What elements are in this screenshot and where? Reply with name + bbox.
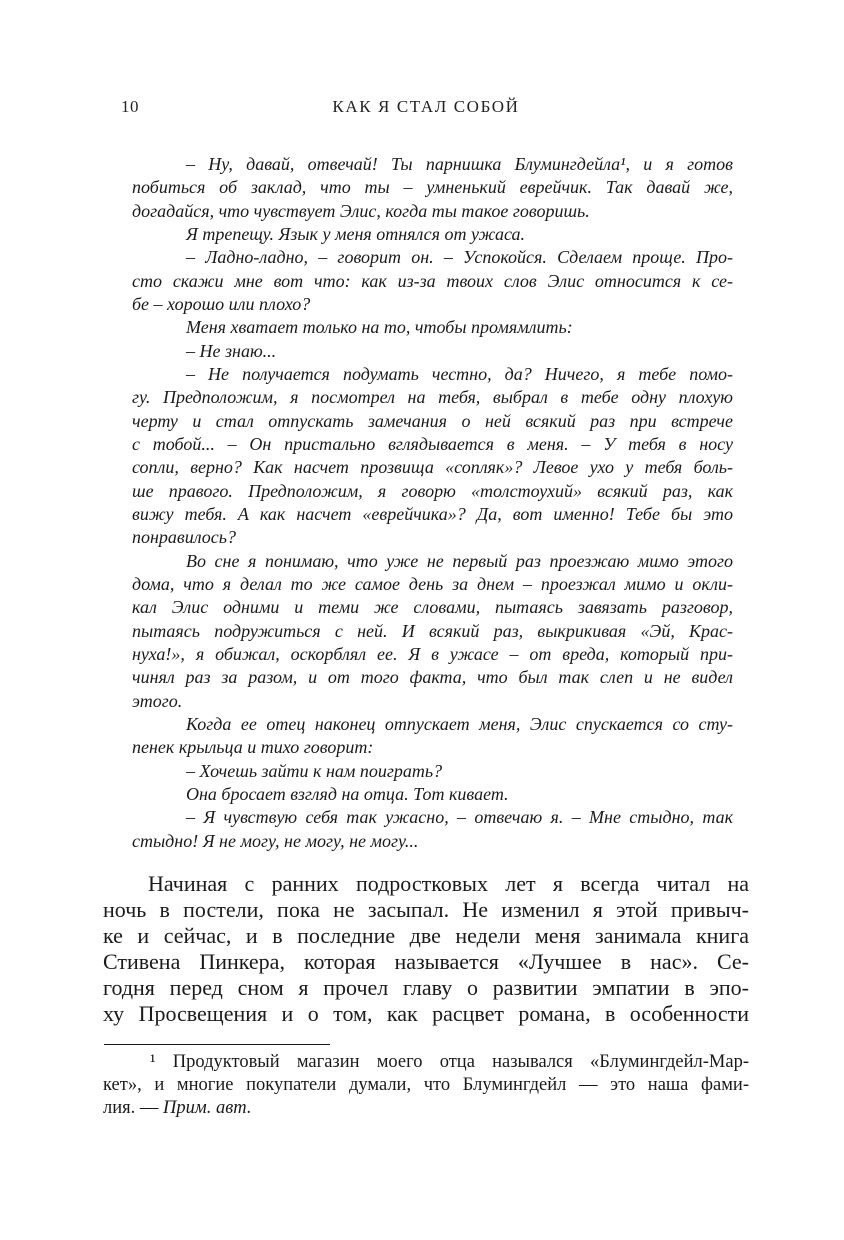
text-line: дома, что я делал то же самое день за дн…	[132, 573, 733, 596]
paragraph: – Ну, давай, отвечай! Ты парнишка Блумин…	[132, 153, 733, 223]
paragraph: Во сне я понимаю, что уже не первый раз …	[132, 550, 733, 713]
paragraph: Я трепещу. Язык у меня отнялся от ужаса.	[132, 223, 733, 246]
dream-italic-passage: – Ну, давай, отвечай! Ты парнишка Блумин…	[132, 153, 733, 853]
text-line: Стивена Пинкера, которая называется «Луч…	[103, 949, 749, 975]
text-line: – Ладно-ладно, – говорит он. – Успокойся…	[132, 246, 733, 269]
text-line: Она бросает взгляд на отца. Тот кивает.	[132, 783, 733, 806]
text-line: черту и стал отпускать замечания о ней в…	[132, 410, 733, 433]
paragraph: – Хочешь зайти к нам поиграть?	[132, 760, 733, 783]
text-line: этого.	[132, 690, 733, 713]
paragraph: – Не знаю...	[132, 340, 733, 363]
paragraph: Меня хватает только на то, чтобы промямл…	[132, 316, 733, 339]
text-line: пенек крыльца и тихо говорит:	[132, 736, 733, 759]
text-line: сто скажи мне вот что: как из-за твоих с…	[132, 270, 733, 293]
footnote-block: ¹ Продуктовый магазин моего отца называл…	[103, 1051, 749, 1120]
footnote-last-line: лия. — Прим. авт.	[103, 1097, 749, 1120]
text-line: ху Просвещения и о том, как расцвет рома…	[103, 1001, 749, 1027]
text-line: Начиная с ранних подростковых лет я всег…	[103, 871, 749, 897]
text-line: ¹ Продуктовый магазин моего отца называл…	[103, 1051, 749, 1074]
running-title: КАК Я СТАЛ СОБОЙ	[332, 97, 519, 116]
text-line: Когда ее отец наконец отпускает меня, Эл…	[132, 713, 733, 736]
paragraph: Она бросает взгляд на отца. Тот кивает.	[132, 783, 733, 806]
text-line: годня перед сном я прочел главу о развит…	[103, 975, 749, 1001]
text-line: нуха!», я обижал, оскорблял ее. Я в ужас…	[132, 643, 733, 666]
text-line: побиться об заклад, что ты – умненький е…	[132, 176, 733, 199]
text-line: понравилось?	[132, 526, 733, 549]
footnote-lines: ¹ Продуктовый магазин моего отца называл…	[103, 1051, 749, 1097]
footnote-divider	[104, 1044, 330, 1045]
text-line: Во сне я понимаю, что уже не первый раз …	[132, 550, 733, 573]
text-line: сопли, верно? Как насчет прозвища «сопля…	[132, 456, 733, 479]
text-line: – Хочешь зайти к нам поиграть?	[132, 760, 733, 783]
text-line: ше правого. Предположим, я говорю «толст…	[132, 480, 733, 503]
text-line: ночь в постели, пока не засыпал. Не изме…	[103, 897, 749, 923]
paragraph: – Я чувствую себя так ужасно, – отвечаю …	[132, 806, 733, 853]
text-line: догадайся, что чувствует Элис, когда ты …	[132, 200, 733, 223]
text-line: ке и сейчас, и в последние две недели ме…	[103, 923, 749, 949]
text-line: стыдно! Я не могу, не могу, не могу...	[132, 830, 733, 853]
text-line: с тобой... – Он пристально вглядывается …	[132, 433, 733, 456]
text-line: Я трепещу. Язык у меня отнялся от ужаса.	[132, 223, 733, 246]
text-line: кет», и многие покупатели думали, что Бл…	[103, 1074, 749, 1097]
text-line: бе – хорошо или плохо?	[132, 293, 733, 316]
text-line: – Я чувствую себя так ужасно, – отвечаю …	[132, 806, 733, 829]
text-line: вижу тебя. А как насчет «еврейчика»? Да,…	[132, 503, 733, 526]
paragraph: – Ладно-ладно, – говорит он. – Успокойся…	[132, 246, 733, 316]
text-line: чинял раз за разом, и от того факта, что…	[132, 666, 733, 689]
text-line: – Не получается подумать честно, да? Нич…	[132, 363, 733, 386]
main-text-block: Начиная с ранних подростковых лет я всег…	[103, 871, 749, 1027]
footnote-text: лия. —	[103, 1098, 163, 1118]
paragraph: Когда ее отец наконец отпускает меня, Эл…	[132, 713, 733, 760]
page-number: 10	[121, 97, 139, 117]
text-line: Меня хватает только на то, чтобы промямл…	[132, 316, 733, 339]
book-page: 10 КАК Я СТАЛ СОБОЙ – Ну, давай, отвечай…	[0, 0, 844, 1240]
paragraph: – Не получается подумать честно, да? Нич…	[132, 363, 733, 550]
paragraph: Начиная с ранних подростковых лет я всег…	[103, 871, 749, 1027]
text-line: гу. Предположим, я посмотрел на тебя, вы…	[132, 386, 733, 409]
page-header: 10 КАК Я СТАЛ СОБОЙ	[103, 97, 749, 117]
text-line: кал Элис одними и теми же словами, пытая…	[132, 596, 733, 619]
paragraph: ¹ Продуктовый магазин моего отца называл…	[103, 1051, 749, 1097]
text-line: – Не знаю...	[132, 340, 733, 363]
footnote-attribution: Прим. авт.	[163, 1098, 251, 1118]
text-line: пытаясь подружиться с ней. И всякий раз,…	[132, 620, 733, 643]
text-line: – Ну, давай, отвечай! Ты парнишка Блумин…	[132, 153, 733, 176]
